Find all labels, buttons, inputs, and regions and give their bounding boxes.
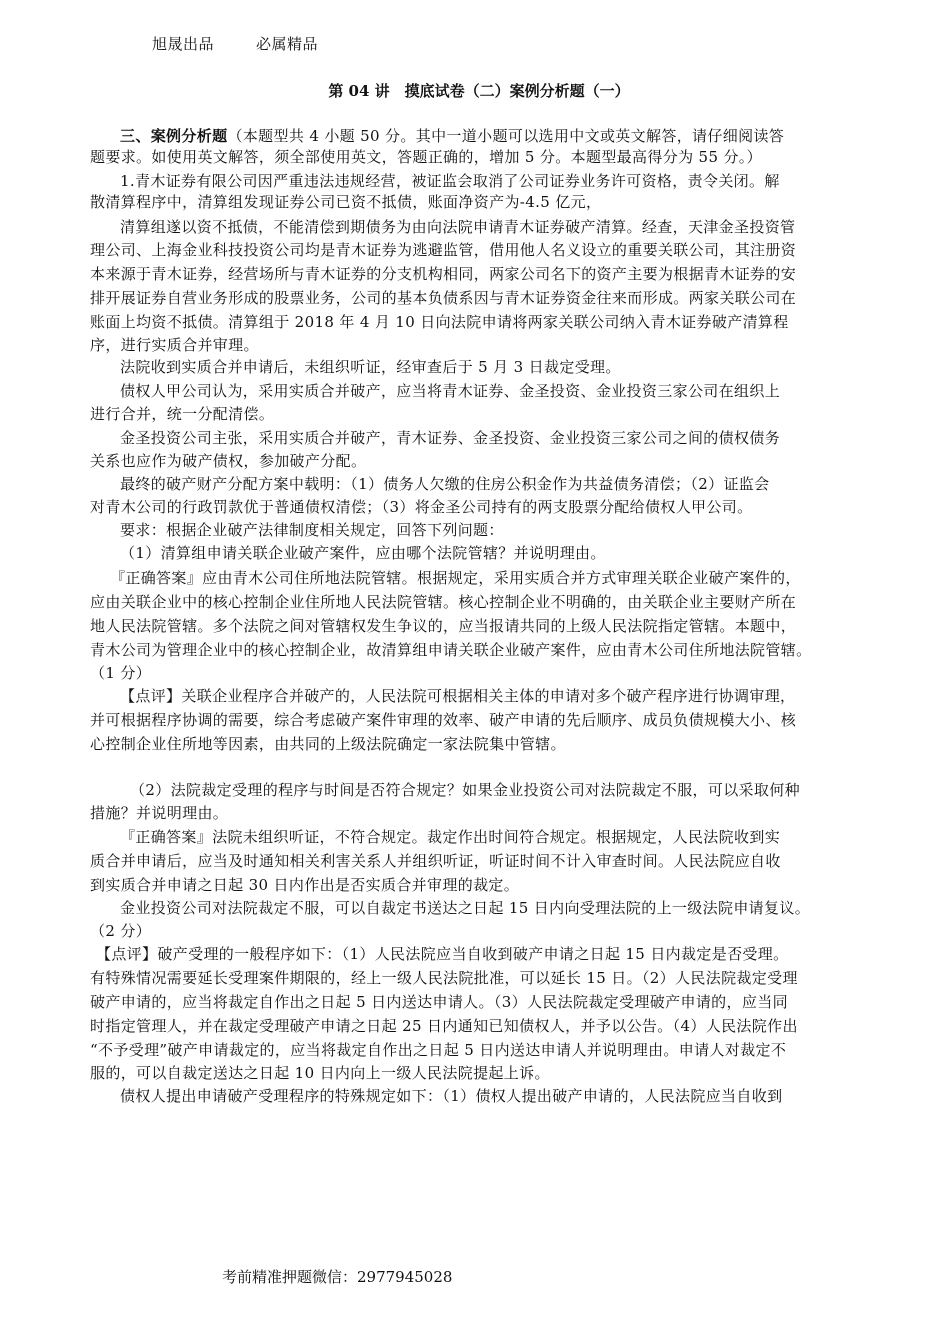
answer-1-line: 应由关联企业中的核心控制企业住所地人民法院管辖。核心控制企业不明确的，由关联企业… <box>90 592 796 613</box>
page-header: 旭晟出品必属精品 <box>152 33 318 54</box>
page-title: 第 04 讲 摸底试卷（二）案例分析题（一） <box>0 80 950 101</box>
answer-2-line: 到实质合并申请之日起 30 日内作出是否实质合并审理的裁定。 <box>90 875 519 896</box>
header-right-text: 必属精品 <box>256 35 318 53</box>
page-footer: 考前精准押题微信：2977945028 <box>222 1266 452 1287</box>
question-2-cont: 措施？并说明理由。 <box>90 803 228 824</box>
document-page: 旭晟出品必属精品 第 04 讲 摸底试卷（二）案例分析题（一） 三、案例分析题（… <box>0 0 950 1344</box>
case-paragraph-line: 本来源于青木证券，经营场所与青木证券的分支机构相同，两家公司名下的资产主要为根据… <box>90 264 796 285</box>
case-paragraph-line: 排开展证券自营业务形成的股票业务，公司的基本负债系因与青木证券资金往来而形成。两… <box>90 288 796 309</box>
answer-2-line: 『正确答案』法院未组织听证，不符合规定。裁定作出时间符合规定。根据规定，人民法院… <box>120 827 780 848</box>
comment-2-line: 【点评】破产受理的一般程序如下：（1）人民法院应当自收到破产申请之日起 15 日… <box>96 944 788 965</box>
case-paragraph-line: 1.青木证券有限公司因严重违法违规经营，被证监会取消了公司证券业务许可资格，责令… <box>120 171 780 192</box>
answer-1-score: （1 分） <box>90 663 151 684</box>
answer-2-line: 金业投资公司对法院裁定不服，可以自裁定书送达之日起 15 日内向受理法院的上一级… <box>120 898 810 919</box>
case-paragraph-line: 进行合并，统一分配清偿。 <box>90 404 274 425</box>
question-2: （2）法院裁定受理的程序与时间是否符合规定？如果金业投资公司对法院裁定不服，可以… <box>130 780 800 801</box>
answer-1-line: 『正确答案』应由青木公司住所地法院管辖。根据规定，采用实质合并方式审理关联企业破… <box>110 568 801 589</box>
question-1: （1）清算组申请关联企业破产案件，应由哪个法院管辖？并说明理由。 <box>120 543 606 564</box>
case-paragraph-line: 序，进行实质合并审理。 <box>90 335 259 356</box>
case-paragraph-line: 法院收到实质合并申请后，未组织听证，经审查后于 5 月 3 日裁定受理。 <box>120 357 621 378</box>
answer-1-line: 青木公司为管理企业中的核心控制企业，故清算组申请关联企业破产案件，应由青木公司住… <box>90 640 811 661</box>
comment-1-line: 【点评】关联企业程序合并破产的，人民法院可根据相关主体的申请对多个破产程序进行协… <box>120 686 795 707</box>
comment-1-line: 心控制企业住所地等因素，由共同的上级法院确定一家法院集中管辖。 <box>90 734 566 755</box>
comment-2-line: “不予受理”破产申请裁定的，应当将裁定自作出之日起 5 日内送达申请人并说明理由… <box>90 1040 786 1061</box>
header-left-text: 旭晟出品 <box>152 35 214 53</box>
comment-2-line: 时指定管理人，并在裁定受理破产申请之日起 25 日内通知已知债权人，并予以公告。… <box>90 1016 798 1037</box>
comment-2-line: 债权人提出申请破产受理程序的特殊规定如下：（1）债权人提出破产申请的，人民法院应… <box>120 1086 782 1107</box>
answer-2-score: （2 分） <box>90 921 151 942</box>
case-paragraph-line: 清算组遂以资不抵债，不能清偿到期债务为由向法院申请青木证券破产清算。经查，天津金… <box>120 217 795 238</box>
section-intro-line-2: 题要求。如使用英文解答，须全部使用英文，答题正确的，增加 5 分。本题型最高得分… <box>90 147 762 168</box>
case-paragraph-line: 关系也应作为破产债权，参加破产分配。 <box>90 451 366 472</box>
requirement-line: 要求：根据企业破产法律制度相关规定，回答下列问题： <box>120 520 504 541</box>
answer-2-line: 质合并申请后，应当及时通知相关利害关系人并组织听证，听证时间不计入审查时间。人民… <box>90 851 781 872</box>
comment-1-line: 并可根据程序协调的需要，综合考虑破产案件审理的效率、破产申请的先后顺序、成员负债… <box>90 710 796 731</box>
case-paragraph-line: 债权人甲公司认为，采用实质合并破产，应当将青木证券、金圣投资、金业投资三家公司在… <box>120 381 780 402</box>
comment-2-line: 有特殊情况需要延长受理案件期限的，经上一级人民法院批准，可以延长 15 日。（2… <box>90 968 798 989</box>
case-paragraph-line: 最终的破产财产分配方案中载明：（1）债务人欠缴的住房公积金作为共益债务清偿；（2… <box>120 474 770 495</box>
answer-1-line: 地人民法院管辖。多个法院之间对管辖权发生争议的，应当报请共同的上级人民法院指定管… <box>90 616 796 637</box>
case-paragraph-line: 金圣投资公司主张，采用实质合并破产，青木证券、金圣投资、金业投资三家公司之间的债… <box>120 428 780 449</box>
comment-2-line: 服的，可以自裁定送达之日起 10 日内向上一级人民法院提起上诉。 <box>90 1063 550 1084</box>
section-intro-line-1: 三、案例分析题（本题型共 4 小题 50 分。其中一道小题可以选用中文或英文解答… <box>120 126 784 147</box>
section-heading: 三、案例分析题 <box>120 127 227 145</box>
case-paragraph-line: 对青木公司的行政罚款优于普通债权清偿；（3）将金圣公司持有的两支股票分配给债权人… <box>90 497 752 518</box>
case-paragraph-line: 账面上均资不抵债。清算组于 2018 年 4 月 10 日向法院申请将两家关联公… <box>90 312 789 333</box>
case-paragraph-line: 散清算程序中，清算组发现证券公司已资不抵债，账面净资产为-4.5 亿元， <box>90 192 601 213</box>
comment-2-line: 破产申请的，应当将裁定自作出之日起 5 日内送达申请人。（3）人民法院裁定受理破… <box>90 992 788 1013</box>
case-paragraph-line: 理公司、上海金业科技投资公司均是青木证券为逃避监管，借用他人名义设立的重要关联公… <box>90 240 796 261</box>
